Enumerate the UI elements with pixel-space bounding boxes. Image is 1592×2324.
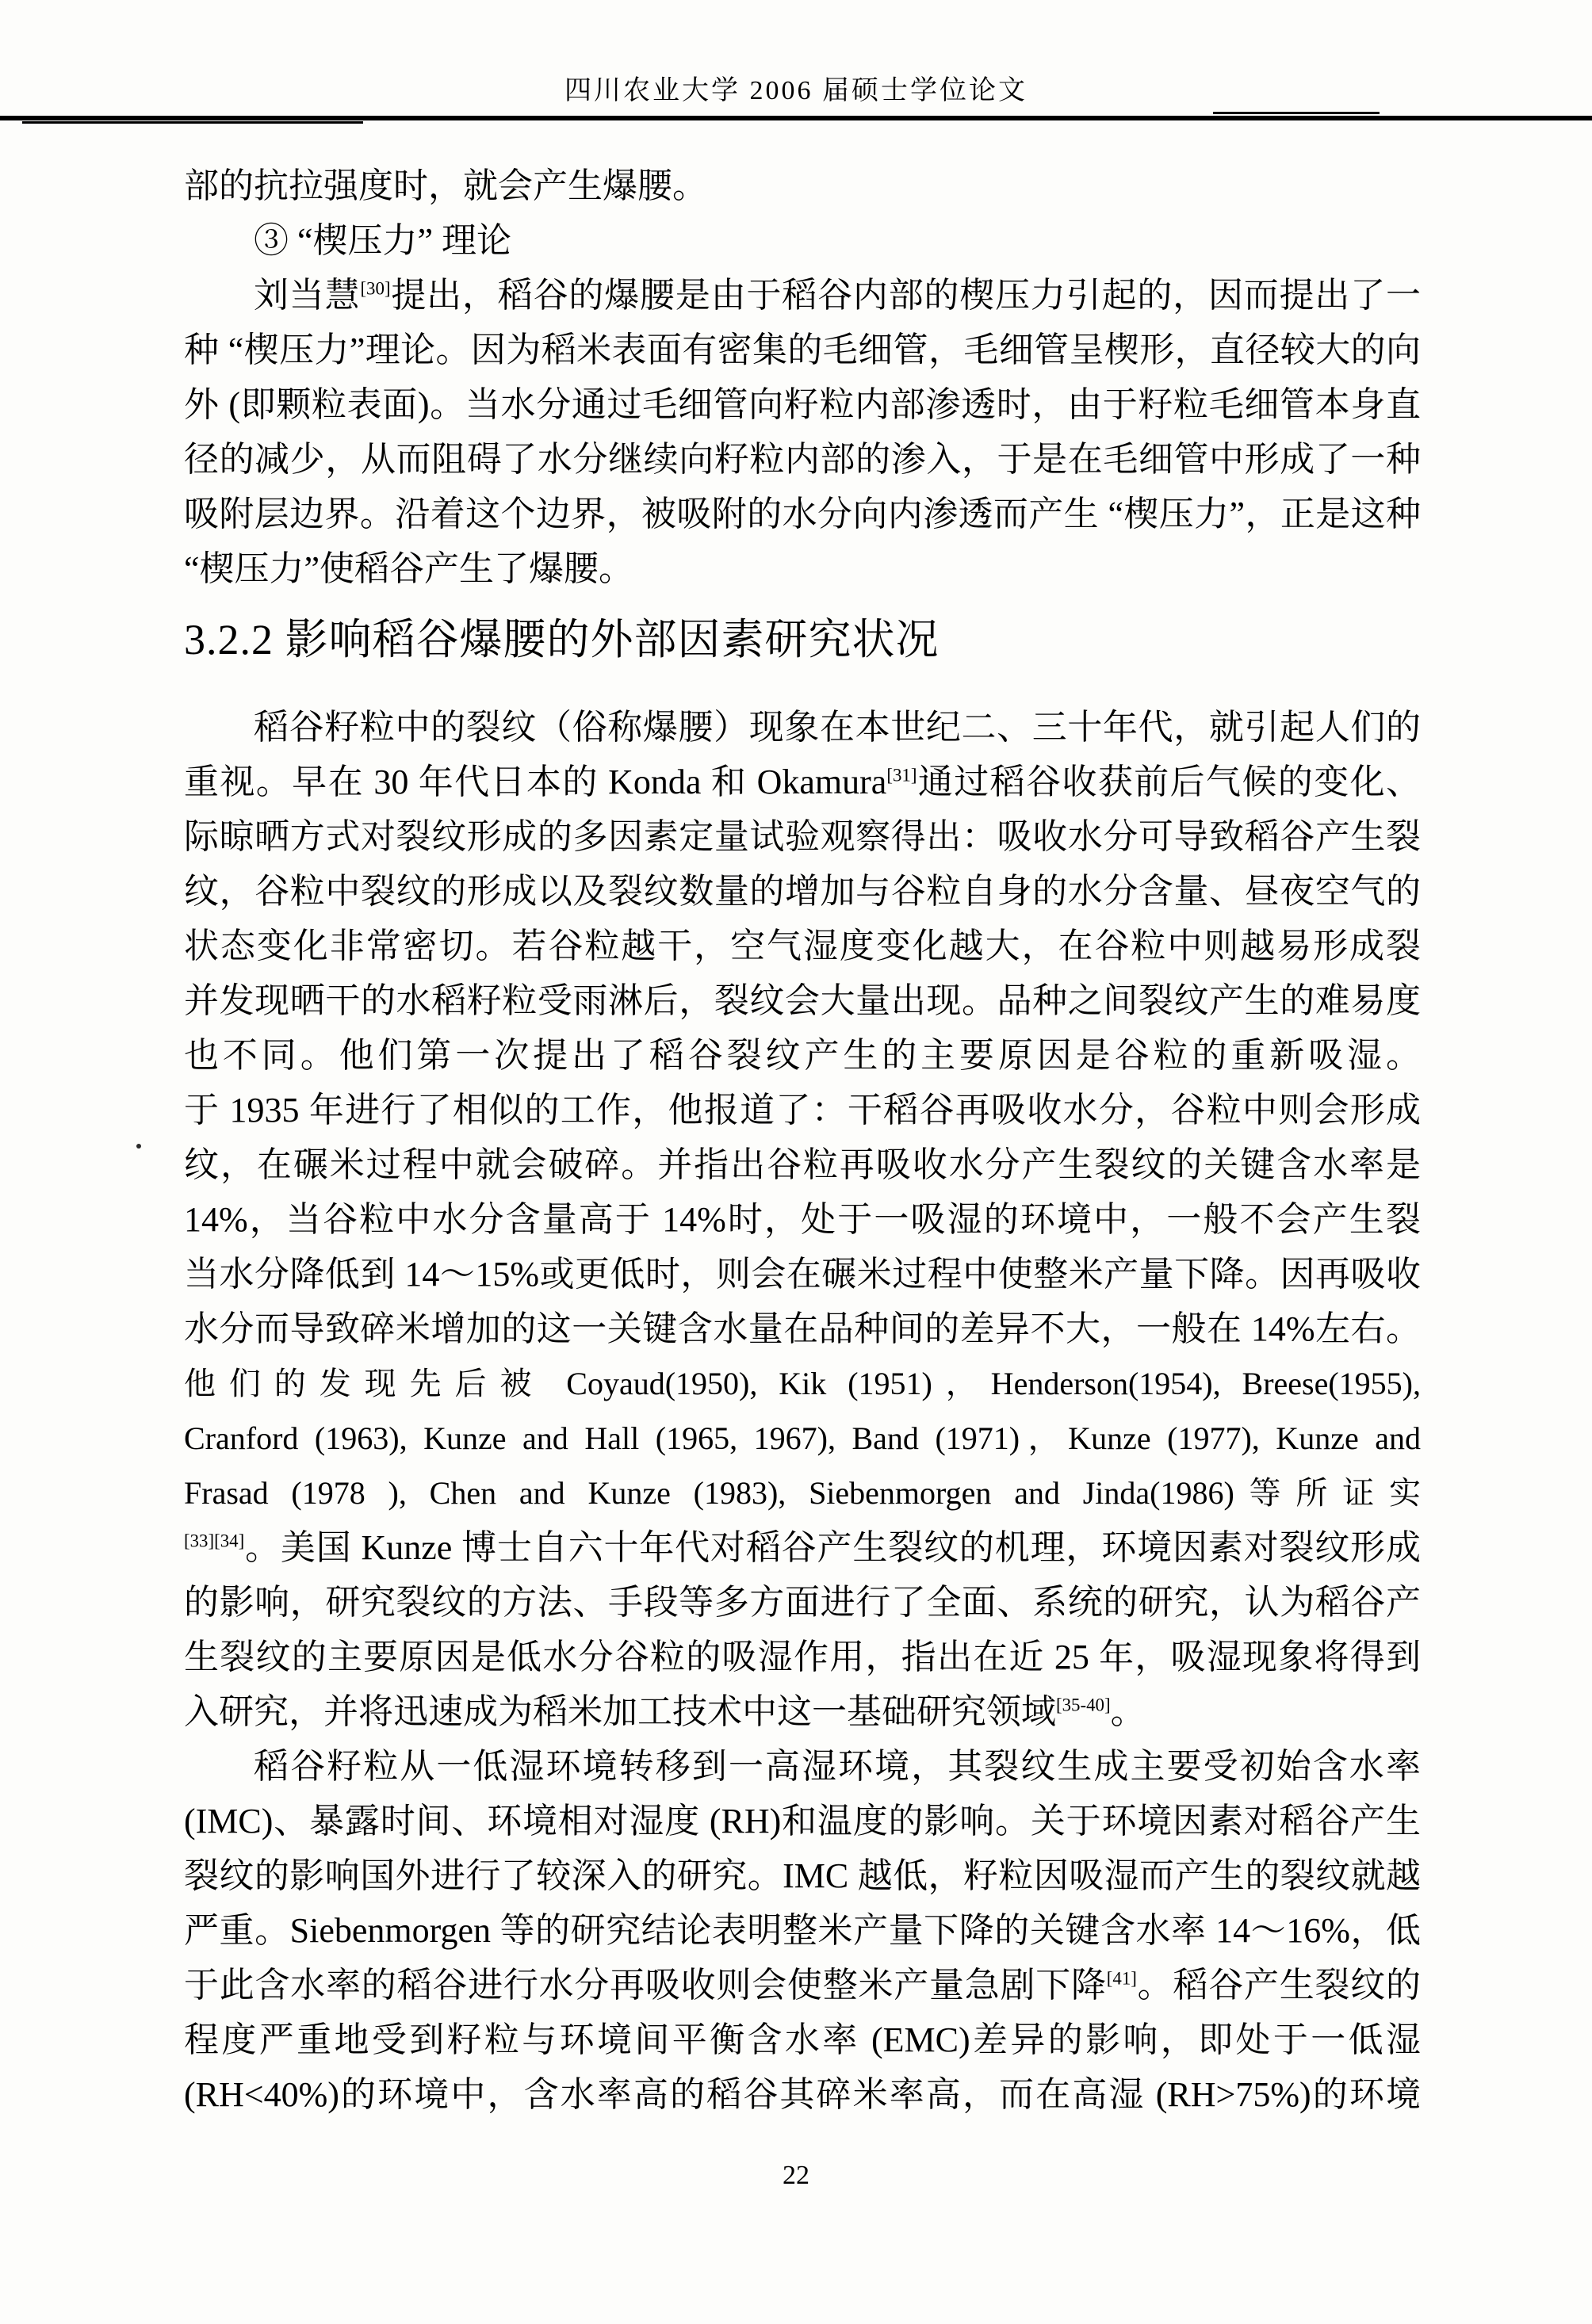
text-line: 径的减少，从而阻碍了水分继续向籽粒内部的渗入，于是在毛细管中形成了一种 (184, 432, 1421, 487)
text-line: 当水分降低到 14～15%或更低时，则会在碾米过程中使整米产量下降。因再吸收 (184, 1247, 1421, 1302)
text-line: 的影响，研究裂纹的方法、手段等多方面进行了全面、系统的研究，认为稻谷产 (184, 1575, 1421, 1630)
header-rule-artifact-right (1213, 112, 1380, 114)
text-line: 纹，谷粒中裂纹的形成以及裂纹数量的增加与谷粒自身的水分含量、昼夜空气的 (184, 864, 1421, 919)
text-line: 生裂纹的主要原因是低水分谷粒的吸湿作用，指出在近 25 年，吸湿现象将得到深 (184, 1630, 1421, 1684)
text-line: Cranford (1963), Kunze and Hall (1965, 1… (184, 1411, 1421, 1466)
text-line: 种 “楔压力”理论。因为稻米表面有密集的毛细管，毛细管呈楔形，直径较大的向 (184, 323, 1421, 377)
text-line: 部的抗拉强度时，就会产生爆腰。 (184, 159, 1421, 213)
text-line: 际晾晒方式对裂纹形成的多因素定量试验观察得出：吸收水分可导致稻谷产生裂 (184, 809, 1421, 864)
text-line: ③ “楔压力” 理论 (184, 213, 1421, 268)
section-heading: 3.2.2 影响稻谷爆腰的外部因素研究状况 (184, 610, 1421, 670)
text-line: 吸附层边界。沿着这个边界，被吸附的水分向内渗透而产生 “楔压力”，正是这种 (184, 487, 1421, 541)
text-line: 纹，在碾米过程中就会破碎。并指出谷粒再吸收水分产生裂纹的关键含水率是 (184, 1137, 1421, 1192)
page-body: 部的抗拉强度时，就会产生爆腰。③ “楔压力” 理论刘当慧[30]提出，稻谷的爆腰… (184, 159, 1421, 2122)
text-line: 重视。早在 30 年代日本的 Konda 和 Okamura[31]通过稻谷收获… (184, 755, 1421, 809)
text-line: [33][34]。美国 Kunze 博士自六十年代对稻谷产生裂纹的机理，环境因素… (184, 1520, 1421, 1575)
text-line: 刘当慧[30]提出，稻谷的爆腰是由于稻谷内部的楔压力引起的，因而提出了一 (184, 268, 1421, 323)
thesis-page: 四川农业大学 2006 届硕士学位论文 部的抗拉强度时，就会产生爆腰。③ “楔压… (0, 0, 1592, 2324)
text-line: 并发现晒干的水稻籽粒受雨淋后，裂纹会大量出现。品种之间裂纹产生的难易度 (184, 973, 1421, 1028)
text-line: 他们的发现先后被 Coyaud(1950), Kik (1951)，Hender… (184, 1356, 1421, 1411)
header-rule (0, 116, 1592, 120)
text-line: 稻谷籽粒中的裂纹（俗称爆腰）现象在本世纪二、三十年代，就引起人们的 (184, 700, 1421, 755)
page-footer: 22 (0, 2161, 1592, 2191)
text-line: 状态变化非常密切。若谷粒越干，空气湿度变化越大，在谷粒中则越易形成裂纹， (184, 919, 1421, 973)
text-line: 程度严重地受到籽粒与环境间平衡含水率 (EMC)差异的影响，即处于一低湿 (184, 2012, 1421, 2067)
text-line: Frasad (1978 ), Chen and Kunze (1983), S… (184, 1466, 1421, 1520)
text-line: (RH<40%)的环境中，含水率高的稻谷其碎米率高，而在高湿 (RH>75%)的… (184, 2067, 1421, 2122)
text-line: 裂纹的影响国外进行了较深入的研究。IMC 越低，籽粒因吸湿而产生的裂纹就越 (184, 1848, 1421, 1903)
text-line: 也不同。他们第一次提出了稻谷裂纹产生的主要原因是谷粒的重新吸湿。Shahel[3… (184, 1028, 1421, 1083)
text-line: 于此含水率的稻谷进行水分再吸收则会使整米产量急剧下降[41]。稻谷产生裂纹的 (184, 1958, 1421, 2012)
text-line: 严重。Siebenmorgen 等的研究结论表明整米产量下降的关键含水率 14～… (184, 1903, 1421, 1958)
header-rule-artifact-left (22, 121, 363, 124)
scan-artifact-dot (136, 1144, 141, 1149)
text-line: 稻谷籽粒从一低湿环境转移到一高湿环境，其裂纹生成主要受初始含水率 (184, 1739, 1421, 1794)
text-line: 水分而导致碎米增加的这一关键含水量在品种间的差异不大，一般在 14%左右。 (184, 1302, 1421, 1356)
header-title: 四川农业大学 2006 届硕士学位论文 (0, 68, 1592, 107)
page-number: 22 (783, 2161, 809, 2190)
text-line: “楔压力”使稻谷产生了爆腰。 (184, 541, 1421, 596)
text-line: (IMC)、暴露时间、环境相对湿度 (RH)和温度的影响。关于环境因素对稻谷产生 (184, 1794, 1421, 1848)
text-line: 外 (即颗粒表面)。当水分通过毛细管向籽粒内部渗透时，由于籽粒毛细管本身直 (184, 377, 1421, 432)
text-line: 14%，当谷粒中水分含量高于 14%时，处于一吸湿的环境中，一般不会产生裂纹， (184, 1192, 1421, 1247)
text-line: 入研究，并将迅速成为稻米加工技术中这一基础研究领域[35-40]。 (184, 1684, 1421, 1739)
text-line: 于 1935 年进行了相似的工作，他报道了：干稻谷再吸收水分，谷粒中则会形成裂 (184, 1083, 1421, 1137)
